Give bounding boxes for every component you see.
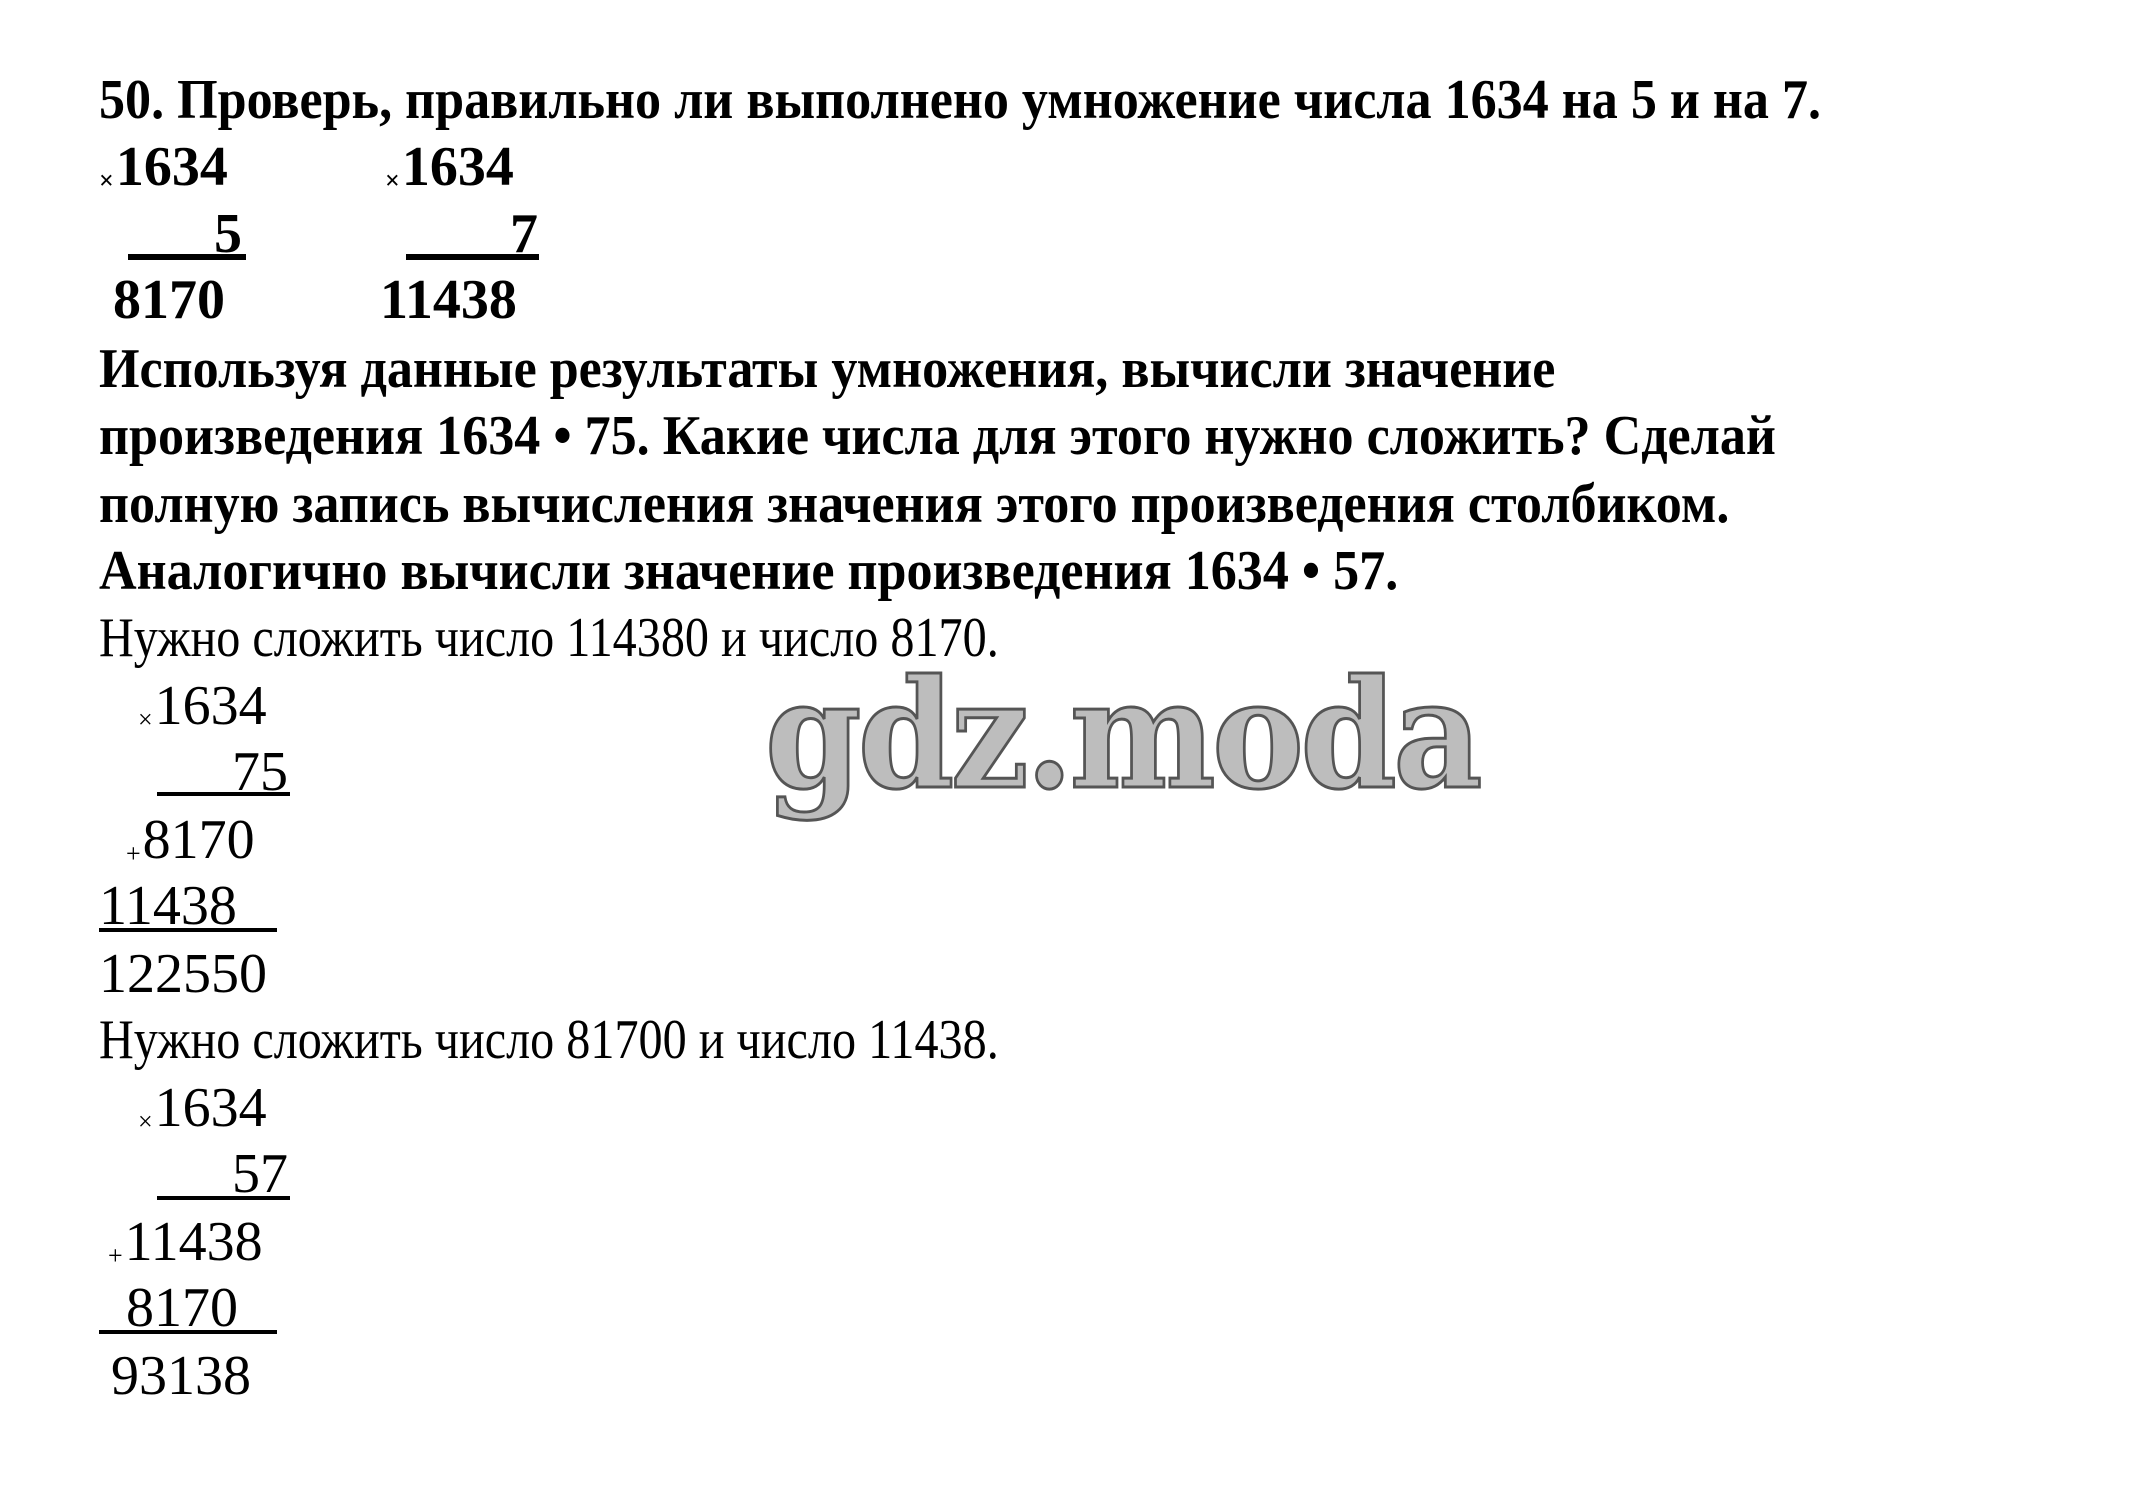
instruction-line-4: Аналогично вычисли значение произведения…: [99, 537, 1398, 605]
given-2-underline: [406, 254, 539, 260]
task-title: 50. Проверь, правильно ли выполнено умно…: [99, 66, 1821, 134]
watermark-logo: gdz.moda: [765, 660, 1479, 810]
given-2-result: 11438: [380, 266, 517, 334]
given-2-multiplicand: ×1634: [385, 133, 514, 215]
solution-1-underline-2: [99, 928, 277, 932]
solution-1-underline-1: [157, 792, 290, 796]
multiply-sign: ×: [138, 1107, 153, 1136]
solution-1-result: 122550: [99, 940, 267, 1008]
solution-2-result: 93138: [111, 1342, 251, 1410]
solution-2-underline-1: [157, 1196, 290, 1200]
given-1-result: 8170: [113, 266, 225, 334]
multiply-sign: ×: [99, 166, 114, 195]
instruction-line-2: произведения 1634 • 75. Какие числа для …: [99, 402, 1776, 470]
instruction-line-3: полную запись вычисления значения этого …: [99, 470, 1729, 538]
solution-2-underline-2: [99, 1330, 277, 1334]
multiply-sign: ×: [138, 705, 153, 734]
plus-sign: +: [126, 839, 141, 868]
multiply-sign: ×: [385, 166, 400, 195]
instruction-line-1: Используя данные результаты умножения, в…: [99, 335, 1555, 403]
given-1-underline: [128, 254, 246, 260]
plus-sign: +: [108, 1241, 123, 1270]
solution-2-note: Нужно сложить число 81700 и число 11438.: [99, 1006, 999, 1074]
given-1-multiplicand: ×1634: [99, 133, 228, 215]
